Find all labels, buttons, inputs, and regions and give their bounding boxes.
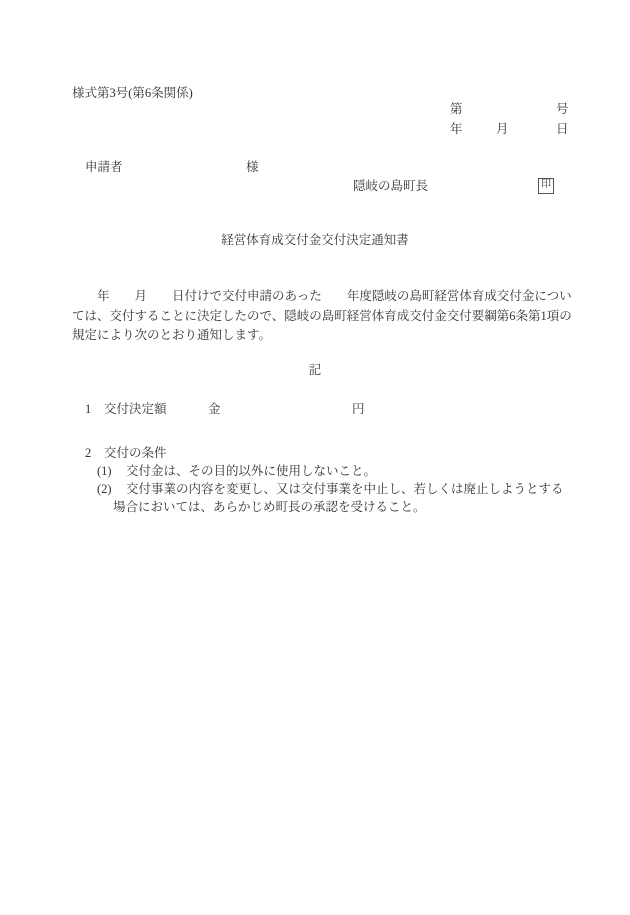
addressee-line: 申請者 様 — [0, 160, 630, 178]
condition-1: (1) 交付金は、その目的以外に使用しないこと。 — [0, 464, 630, 482]
condition-1-number: (1) — [97, 464, 112, 479]
document-number-line: 第 号 — [0, 102, 630, 120]
form-number: 様式第3号(第6条関係) — [72, 86, 193, 101]
condition-2-number: (2) — [97, 482, 112, 497]
issuer-title: 隠岐の島町長 — [353, 179, 428, 194]
item-grant-conditions: 2 交付の条件 — [0, 446, 630, 464]
document-title: 経営体育成交付金交付決定通知書 — [0, 233, 630, 248]
document-number-suffix: 号 — [556, 102, 569, 117]
condition-2-continuation: 場合においては、あらかじめ町長の承認を受けること。 — [113, 500, 426, 515]
item1-currency-suffix: 円 — [352, 402, 365, 417]
item1-currency-prefix: 金 — [208, 402, 221, 417]
body-paragraph-line-1: 年 月 日付けで交付申請のあった 年度隠岐の島町経営体育成交付金につい — [72, 289, 572, 304]
body-paragraph-line-3: 規定により次のとおり通知します。 — [72, 328, 271, 343]
item1-label: 交付決定額 — [104, 402, 167, 417]
document-number-prefix: 第 — [450, 102, 463, 117]
seal-mark: 印 — [538, 178, 554, 194]
date-month-label: 月 — [496, 122, 509, 137]
addressee-honorific: 様 — [246, 160, 259, 175]
condition-1-text: 交付金は、その目的以外に使用しないこと。 — [126, 464, 376, 479]
item1-number: 1 — [85, 402, 91, 417]
issuer-line: 隠岐の島町長 印 — [0, 179, 630, 197]
addressee-label: 申請者 — [85, 160, 123, 175]
date-year-label: 年 — [450, 122, 463, 137]
date-day-label: 日 — [556, 122, 569, 137]
condition-2: (2) 交付事業の内容を変更し、又は交付事業を中止し、若しくは廃止しようとする — [0, 482, 630, 500]
body-paragraph-line-2: ては、交付することに決定したので、隠岐の島町経営体育成交付金交付要綱第6条第1項… — [72, 309, 572, 324]
ki-separator: 記 — [0, 363, 630, 378]
item2-label: 交付の条件 — [104, 446, 167, 461]
date-line: 年 月 日 — [0, 122, 630, 140]
document-page: 様式第3号(第6条関係) 第 号 年 月 日 申請者 様 隠岐の島町長 印 経営… — [0, 0, 630, 915]
item2-number: 2 — [85, 446, 91, 461]
item-grant-amount: 1 交付決定額 金 円 — [0, 402, 630, 420]
condition-2-text: 交付事業の内容を変更し、又は交付事業を中止し、若しくは廃止しようとする — [126, 482, 564, 497]
